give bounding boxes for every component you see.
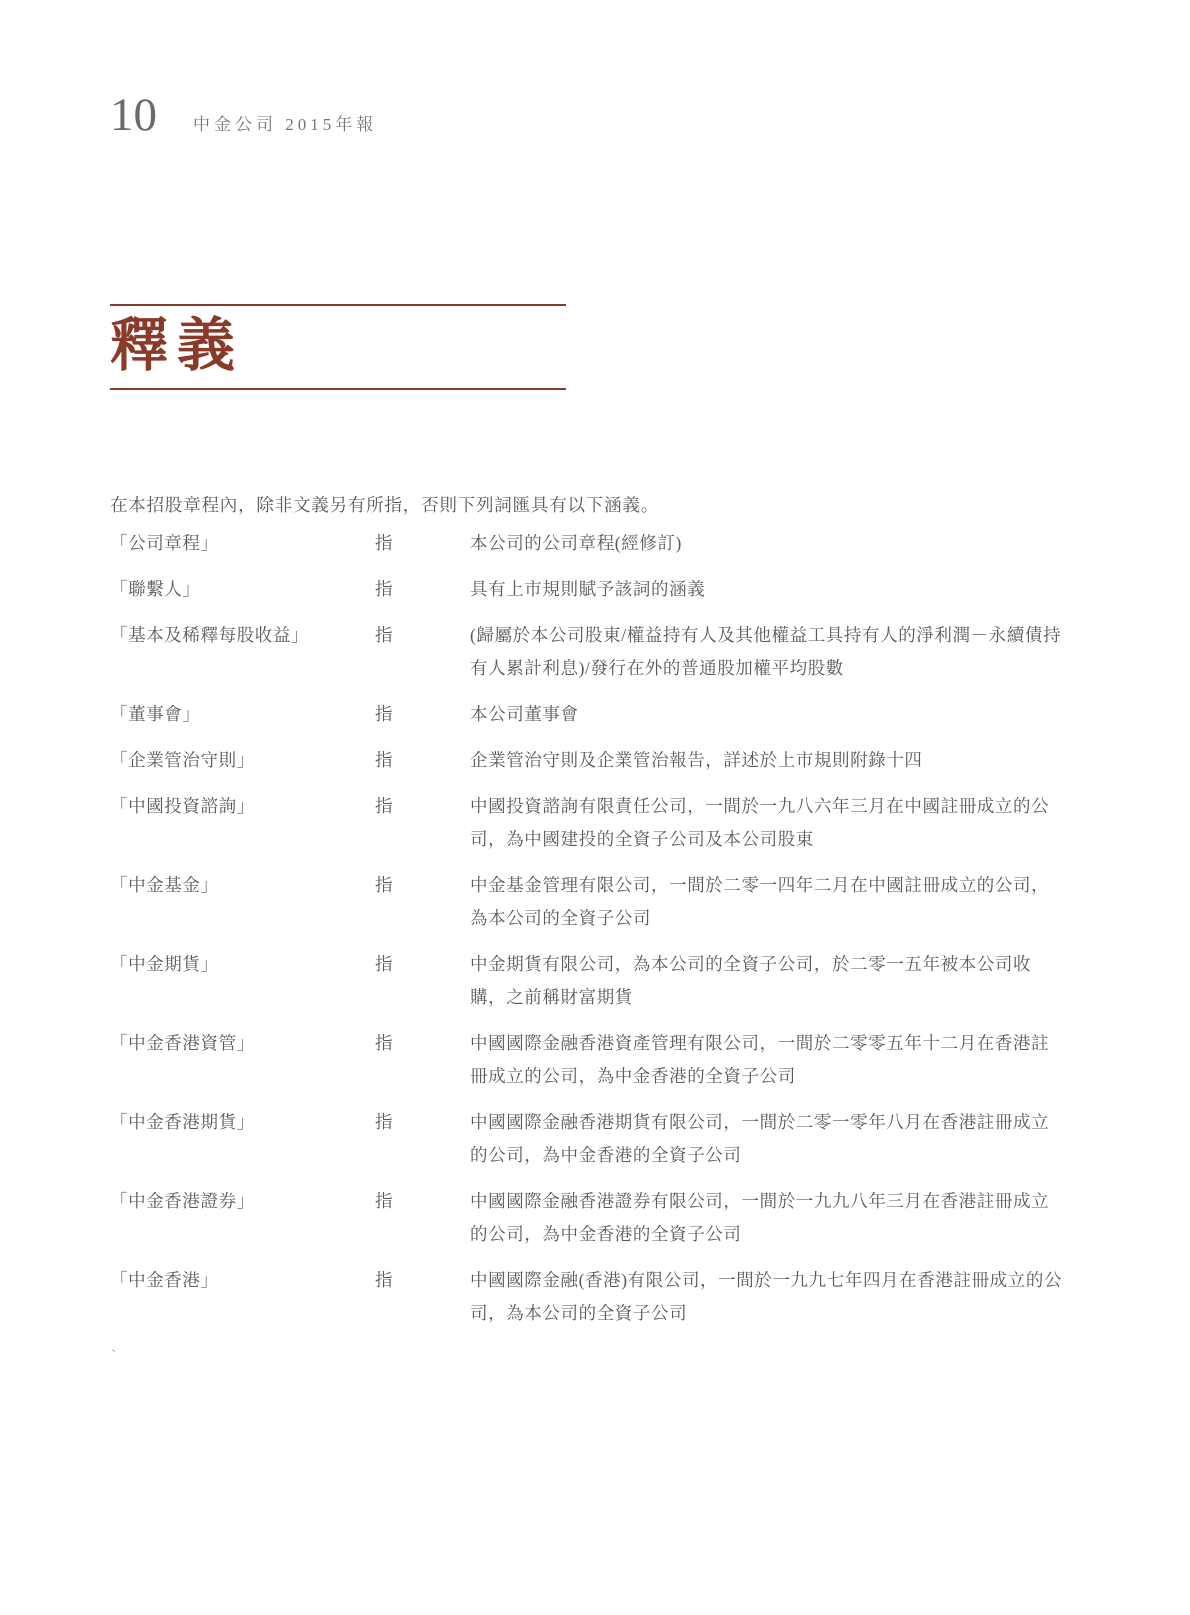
- definition-term: 「中金基金」: [110, 869, 375, 935]
- definition-text: 中國國際金融香港資產管理有限公司，一間於二零零五年十二月在香港註冊成立的公司，為…: [470, 1027, 1066, 1093]
- definitions-list: 「公司章程」 指 本公司的公司章程(經修訂) 「聯繫人」 指 具有上市規則賦予該…: [110, 527, 1066, 1343]
- definition-term: 「企業管治守則」: [110, 744, 375, 777]
- definition-text: 企業管治守則及企業管治報告，詳述於上市規則附錄十四: [470, 744, 1066, 777]
- section-title: 釋義: [110, 306, 566, 388]
- definition-row: 「聯繫人」 指 具有上市規則賦予該詞的涵義: [110, 573, 1066, 606]
- definition-connector: 指: [375, 948, 470, 1014]
- definition-text: 本公司董事會: [470, 698, 1066, 731]
- definition-text: 中金期貨有限公司，為本公司的全資子公司，於二零一五年被本公司收購，之前稱財富期貨: [470, 948, 1066, 1014]
- definition-term: 「基本及稀釋每股收益」: [110, 619, 375, 685]
- definition-row: 「基本及稀釋每股收益」 指 (歸屬於本公司股東/權益持有人及其他權益工具持有人的…: [110, 619, 1066, 685]
- definition-term: 「中金香港資管」: [110, 1027, 375, 1093]
- definition-text: (歸屬於本公司股東/權益持有人及其他權益工具持有人的淨利潤－永續債持有人累計利息…: [470, 619, 1066, 685]
- definition-term: 「中金香港期貨」: [110, 1106, 375, 1172]
- page-number: 10: [110, 92, 157, 139]
- definition-connector: 指: [375, 1027, 470, 1093]
- definition-row: 「董事會」 指 本公司董事會: [110, 698, 1066, 731]
- document-page: 10 中金公司 2015年報 釋義 在本招股章程內，除非文義另有所指，否則下列詞…: [0, 0, 1190, 1615]
- definition-text: 中金基金管理有限公司，一間於二零一四年二月在中國註冊成立的公司，為本公司的全資子…: [470, 869, 1066, 935]
- intro-text: 在本招股章程內，除非文義另有所指，否則下列詞匯具有以下涵義。: [110, 492, 1070, 517]
- definition-row: 「中金基金」 指 中金基金管理有限公司，一間於二零一四年二月在中國註冊成立的公司…: [110, 869, 1066, 935]
- definition-text: 具有上市規則賦予該詞的涵義: [470, 573, 1066, 606]
- definition-connector: 指: [375, 869, 470, 935]
- definition-connector: 指: [375, 527, 470, 560]
- definition-term: 「中金香港證券」: [110, 1185, 375, 1251]
- definition-term: 「中國投資諮詢」: [110, 790, 375, 856]
- definition-row: 「中金香港期貨」 指 中國國際金融香港期貨有限公司，一間於二零一零年八月在香港註…: [110, 1106, 1066, 1172]
- definition-term: 「公司章程」: [110, 527, 375, 560]
- definition-row: 「中金香港」 指 中國國際金融(香港)有限公司，一間於一九九七年四月在香港註冊成…: [110, 1264, 1066, 1330]
- definition-text: 中國國際金融(香港)有限公司，一間於一九九七年四月在香港註冊成立的公司，為本公司…: [470, 1264, 1066, 1330]
- page-header: 10 中金公司 2015年報: [110, 92, 377, 139]
- definition-text: 中國國際金融香港期貨有限公司，一間於二零一零年八月在香港註冊成立的公司，為中金香…: [470, 1106, 1066, 1172]
- definition-term: 「聯繫人」: [110, 573, 375, 606]
- definition-text: 本公司的公司章程(經修訂): [470, 527, 1066, 560]
- definition-term: 「中金期貨」: [110, 948, 375, 1014]
- definition-term: 「董事會」: [110, 698, 375, 731]
- definition-row: 「公司章程」 指 本公司的公司章程(經修訂): [110, 527, 1066, 560]
- definition-connector: 指: [375, 573, 470, 606]
- title-rule-bottom: [110, 388, 566, 390]
- definition-text: 中國投資諮詢有限責任公司，一間於一九八六年三月在中國註冊成立的公司，為中國建投的…: [470, 790, 1066, 856]
- section-title-block: 釋義: [110, 304, 566, 390]
- definition-row: 「中金香港資管」 指 中國國際金融香港資產管理有限公司，一間於二零零五年十二月在…: [110, 1027, 1066, 1093]
- definition-connector: 指: [375, 1185, 470, 1251]
- definition-text: 中國國際金融香港證券有限公司，一間於一九九八年三月在香港註冊成立的公司，為中金香…: [470, 1185, 1066, 1251]
- definition-term: 「中金香港」: [110, 1264, 375, 1330]
- definition-row: 「中國投資諮詢」 指 中國投資諮詢有限責任公司，一間於一九八六年三月在中國註冊成…: [110, 790, 1066, 856]
- definition-row: 「企業管治守則」 指 企業管治守則及企業管治報告，詳述於上市規則附錄十四: [110, 744, 1066, 777]
- definition-row: 「中金香港證券」 指 中國國際金融香港證券有限公司，一間於一九九八年三月在香港註…: [110, 1185, 1066, 1251]
- definition-row: 「中金期貨」 指 中金期貨有限公司，為本公司的全資子公司，於二零一五年被本公司收…: [110, 948, 1066, 1014]
- definition-connector: 指: [375, 1106, 470, 1172]
- stray-mark: `: [111, 1348, 116, 1365]
- definition-connector: 指: [375, 698, 470, 731]
- report-title: 中金公司 2015年報: [193, 110, 377, 135]
- definition-connector: 指: [375, 790, 470, 856]
- definition-connector: 指: [375, 1264, 470, 1330]
- definition-connector: 指: [375, 619, 470, 685]
- definition-connector: 指: [375, 744, 470, 777]
